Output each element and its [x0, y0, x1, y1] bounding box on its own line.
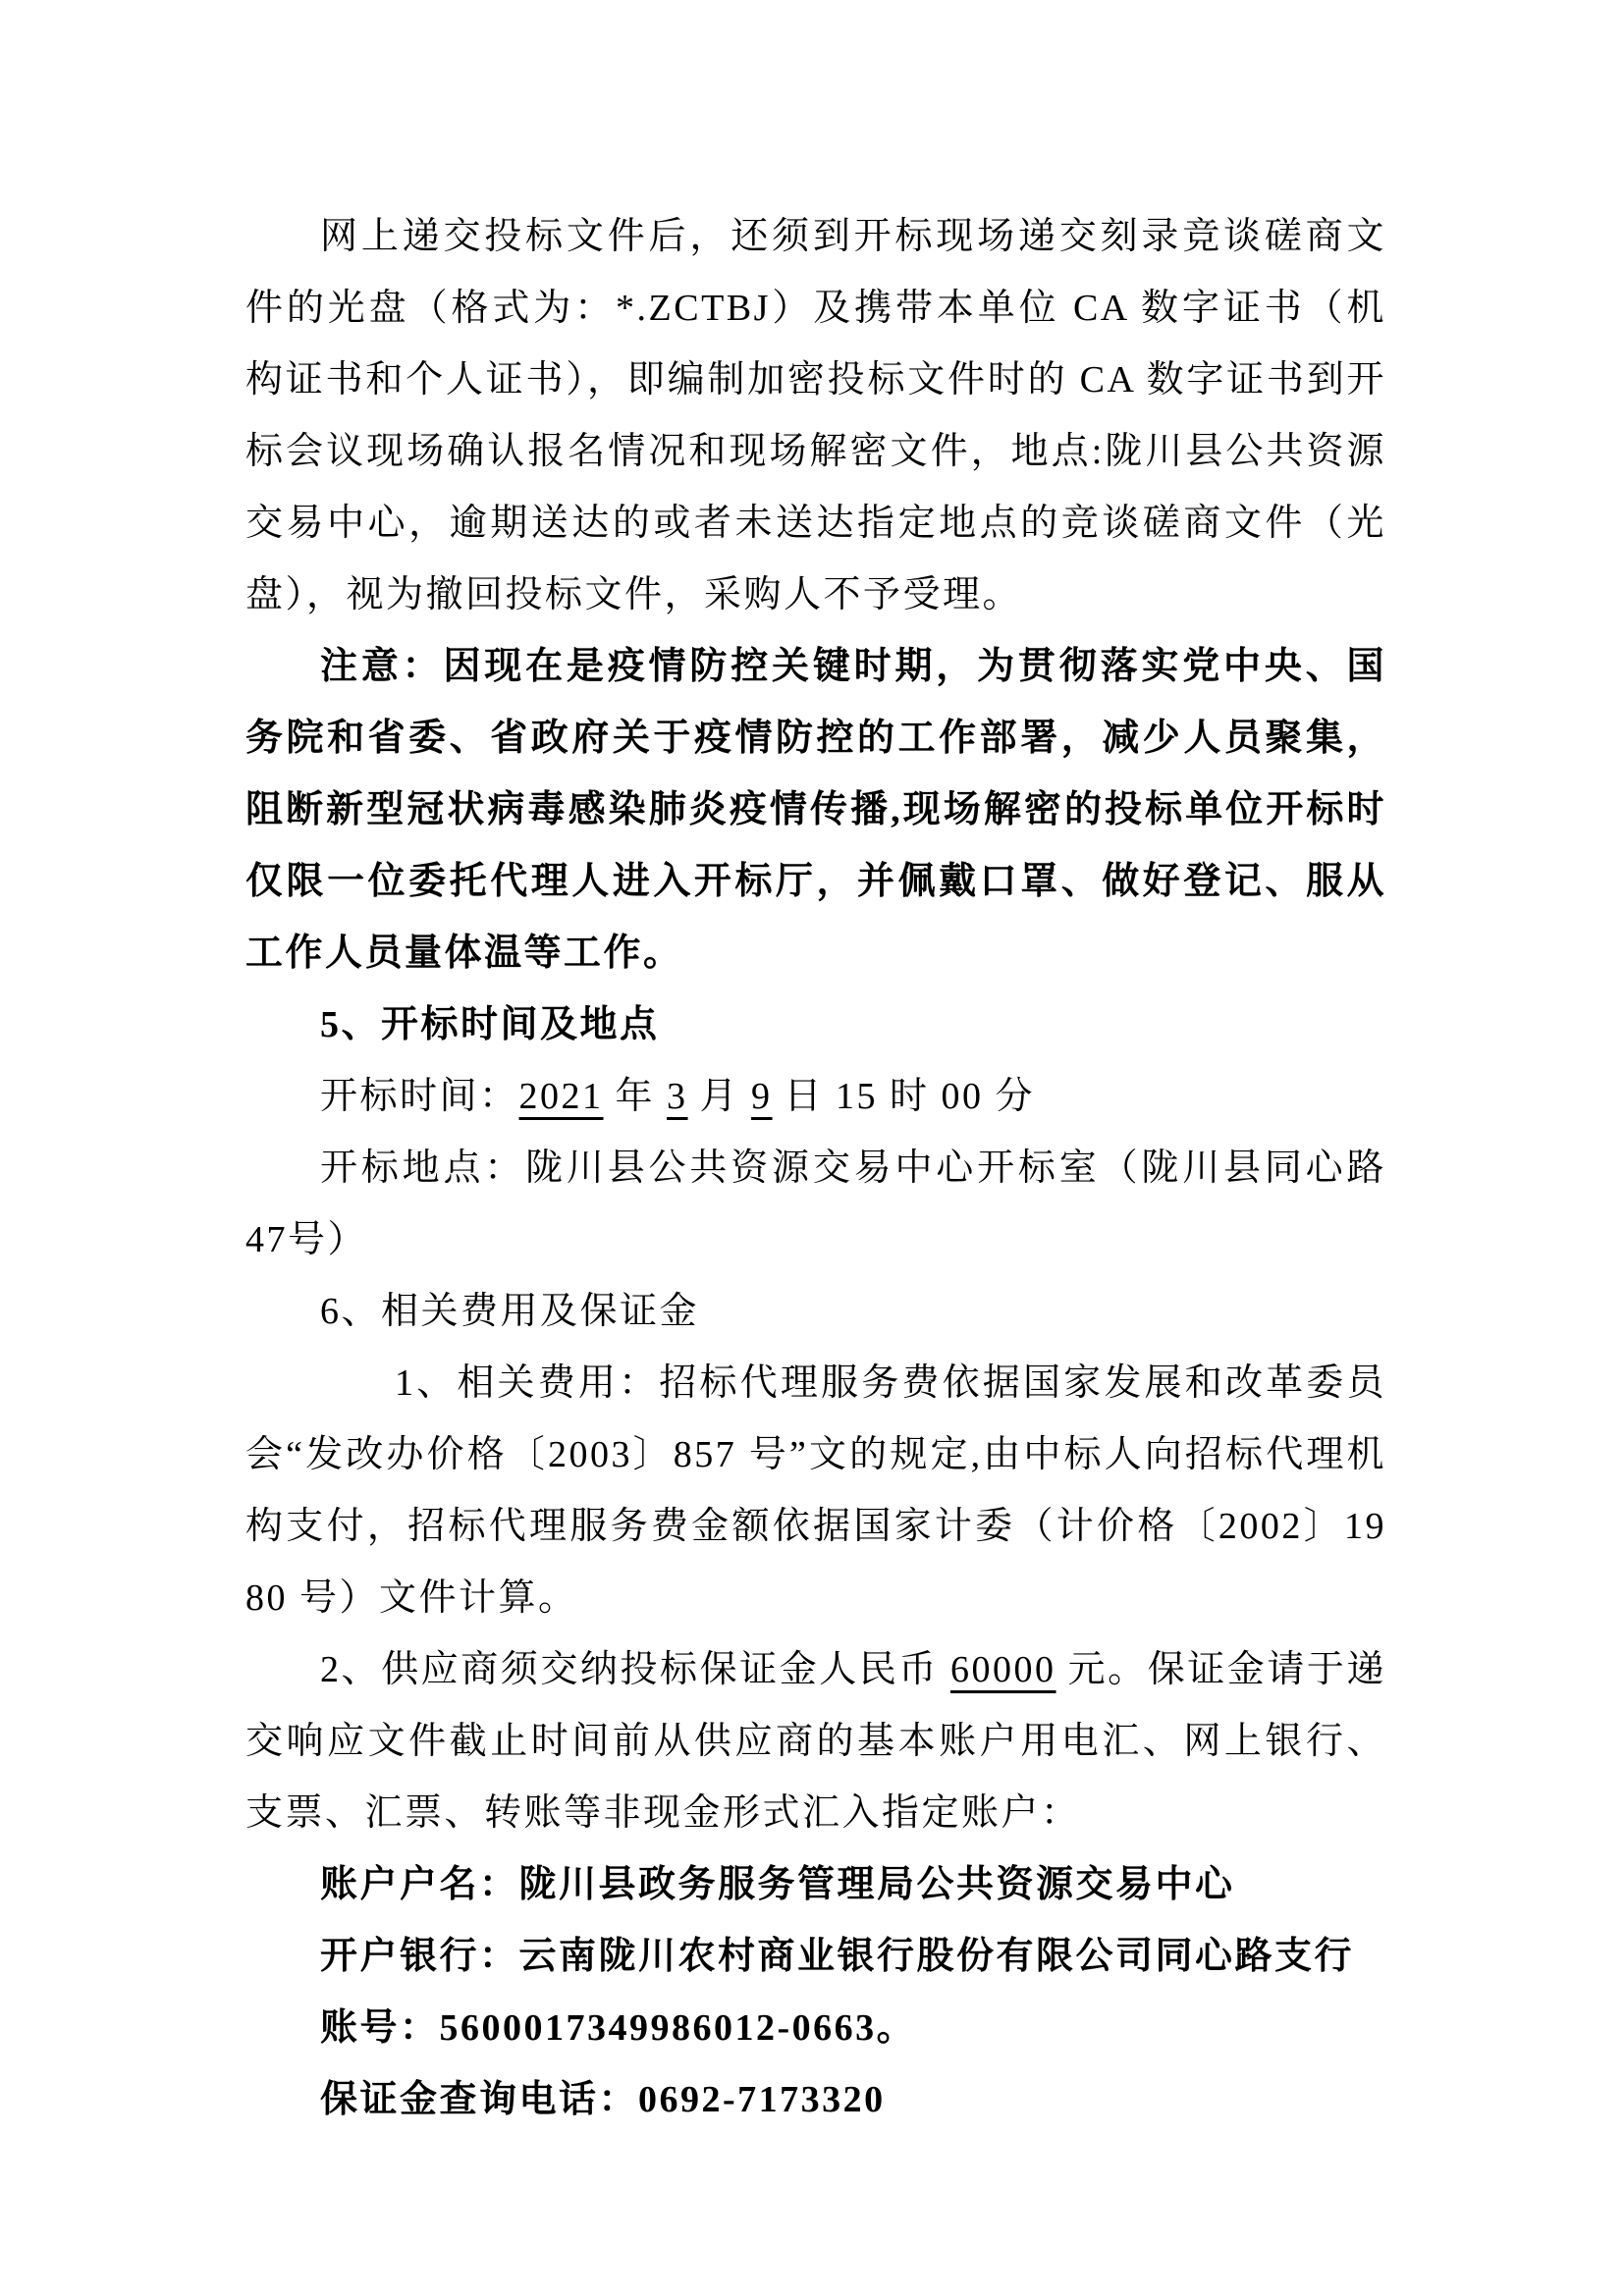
opening-time-rest: 日 15 时 00 分 — [773, 1076, 1036, 1117]
deposit-text-prefix: 2、供应商须交纳投标保证金人民币 — [320, 1649, 950, 1690]
line-account-holder: 账户户名：陇川县政务服务管理局公共资源交易中心 — [245, 1849, 1386, 1921]
opening-time-day: 9 — [751, 1076, 773, 1117]
paragraph-online-submission: 网上递交投标文件后，还须到开标现场递交刻录竞谈磋商文件的光盘（格式为：*.ZCT… — [245, 201, 1386, 631]
opening-time-year-unit: 年 — [604, 1076, 668, 1117]
opening-time-month: 3 — [667, 1076, 688, 1117]
paragraph-covid-notice: 注意：因现在是疫情防控关键时期，为贯彻落实党中央、国务院和省委、省政府关于疫情防… — [245, 631, 1386, 989]
paragraph-bid-deposit: 2、供应商须交纳投标保证金人民币 60000 元。保证金请于递交响应文件截止时间… — [245, 1634, 1386, 1849]
deposit-amount: 60000 — [950, 1649, 1056, 1690]
line-account-number: 账号：5600017349986012-0663。 — [245, 1993, 1386, 2064]
line-account-bank: 开户银行：云南陇川农村商业银行股份有限公司同心路支行 — [245, 1921, 1386, 1993]
heading-section6-fees-deposit: 6、相关费用及保证金 — [245, 1276, 1386, 1348]
document-page: 网上递交投标文件后，还须到开标现场递交刻录竞谈磋商文件的光盘（格式为：*.ZCT… — [0, 0, 1624, 2296]
line-deposit-inquiry-phone: 保证金查询电话：0692-7173320 — [245, 2064, 1386, 2136]
heading-section5-bid-opening: 5、开标时间及地点 — [245, 989, 1386, 1061]
opening-time-month-unit: 月 — [688, 1076, 752, 1117]
opening-time-year: 2021 — [519, 1076, 604, 1117]
opening-time-label: 开标时间： — [320, 1076, 519, 1117]
line-opening-time: 开标时间：2021 年 3 月 9 日 15 时 00 分 — [245, 1061, 1386, 1133]
paragraph-agency-fee: 1、相关费用：招标代理服务费依据国家发展和改革委员会“发改办价格〔2003〕85… — [245, 1348, 1386, 1634]
line-opening-place: 开标地点：陇川县公共资源交易中心开标室（陇川县同心路 47号） — [245, 1133, 1386, 1276]
